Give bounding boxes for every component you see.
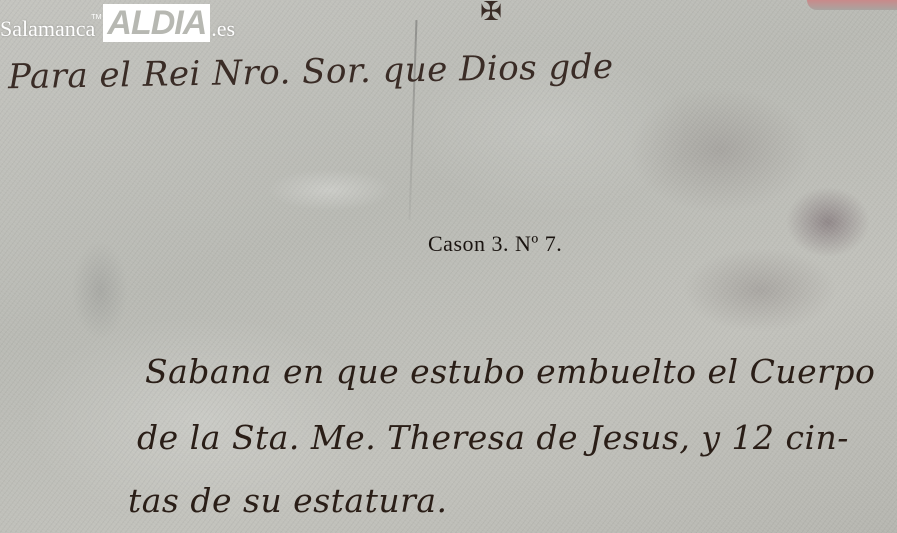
body-line-2: de la Sta. Me. Theresa de Jesus, y 12 ci… (137, 418, 849, 457)
body-line-3: tas de su estatura. (128, 481, 448, 520)
watermark-tld: .es (211, 18, 235, 40)
catalog-reference: Cason 3. Nº 7. (428, 231, 562, 257)
watermark-city: Salamanca (0, 18, 95, 40)
cross-icon: ✠ (476, 0, 506, 26)
watermark-brand-logo: ALDIA (107, 6, 206, 40)
watermark-brand-box: ALDIA (103, 4, 210, 42)
body-line-1: Sabana en que estubo embuelto el Cuerpo (145, 352, 875, 391)
watermark-trademark: TM (91, 14, 101, 21)
site-watermark: Salamanca TM ALDIA .es (0, 4, 235, 44)
corner-fabric-edge (807, 0, 897, 10)
